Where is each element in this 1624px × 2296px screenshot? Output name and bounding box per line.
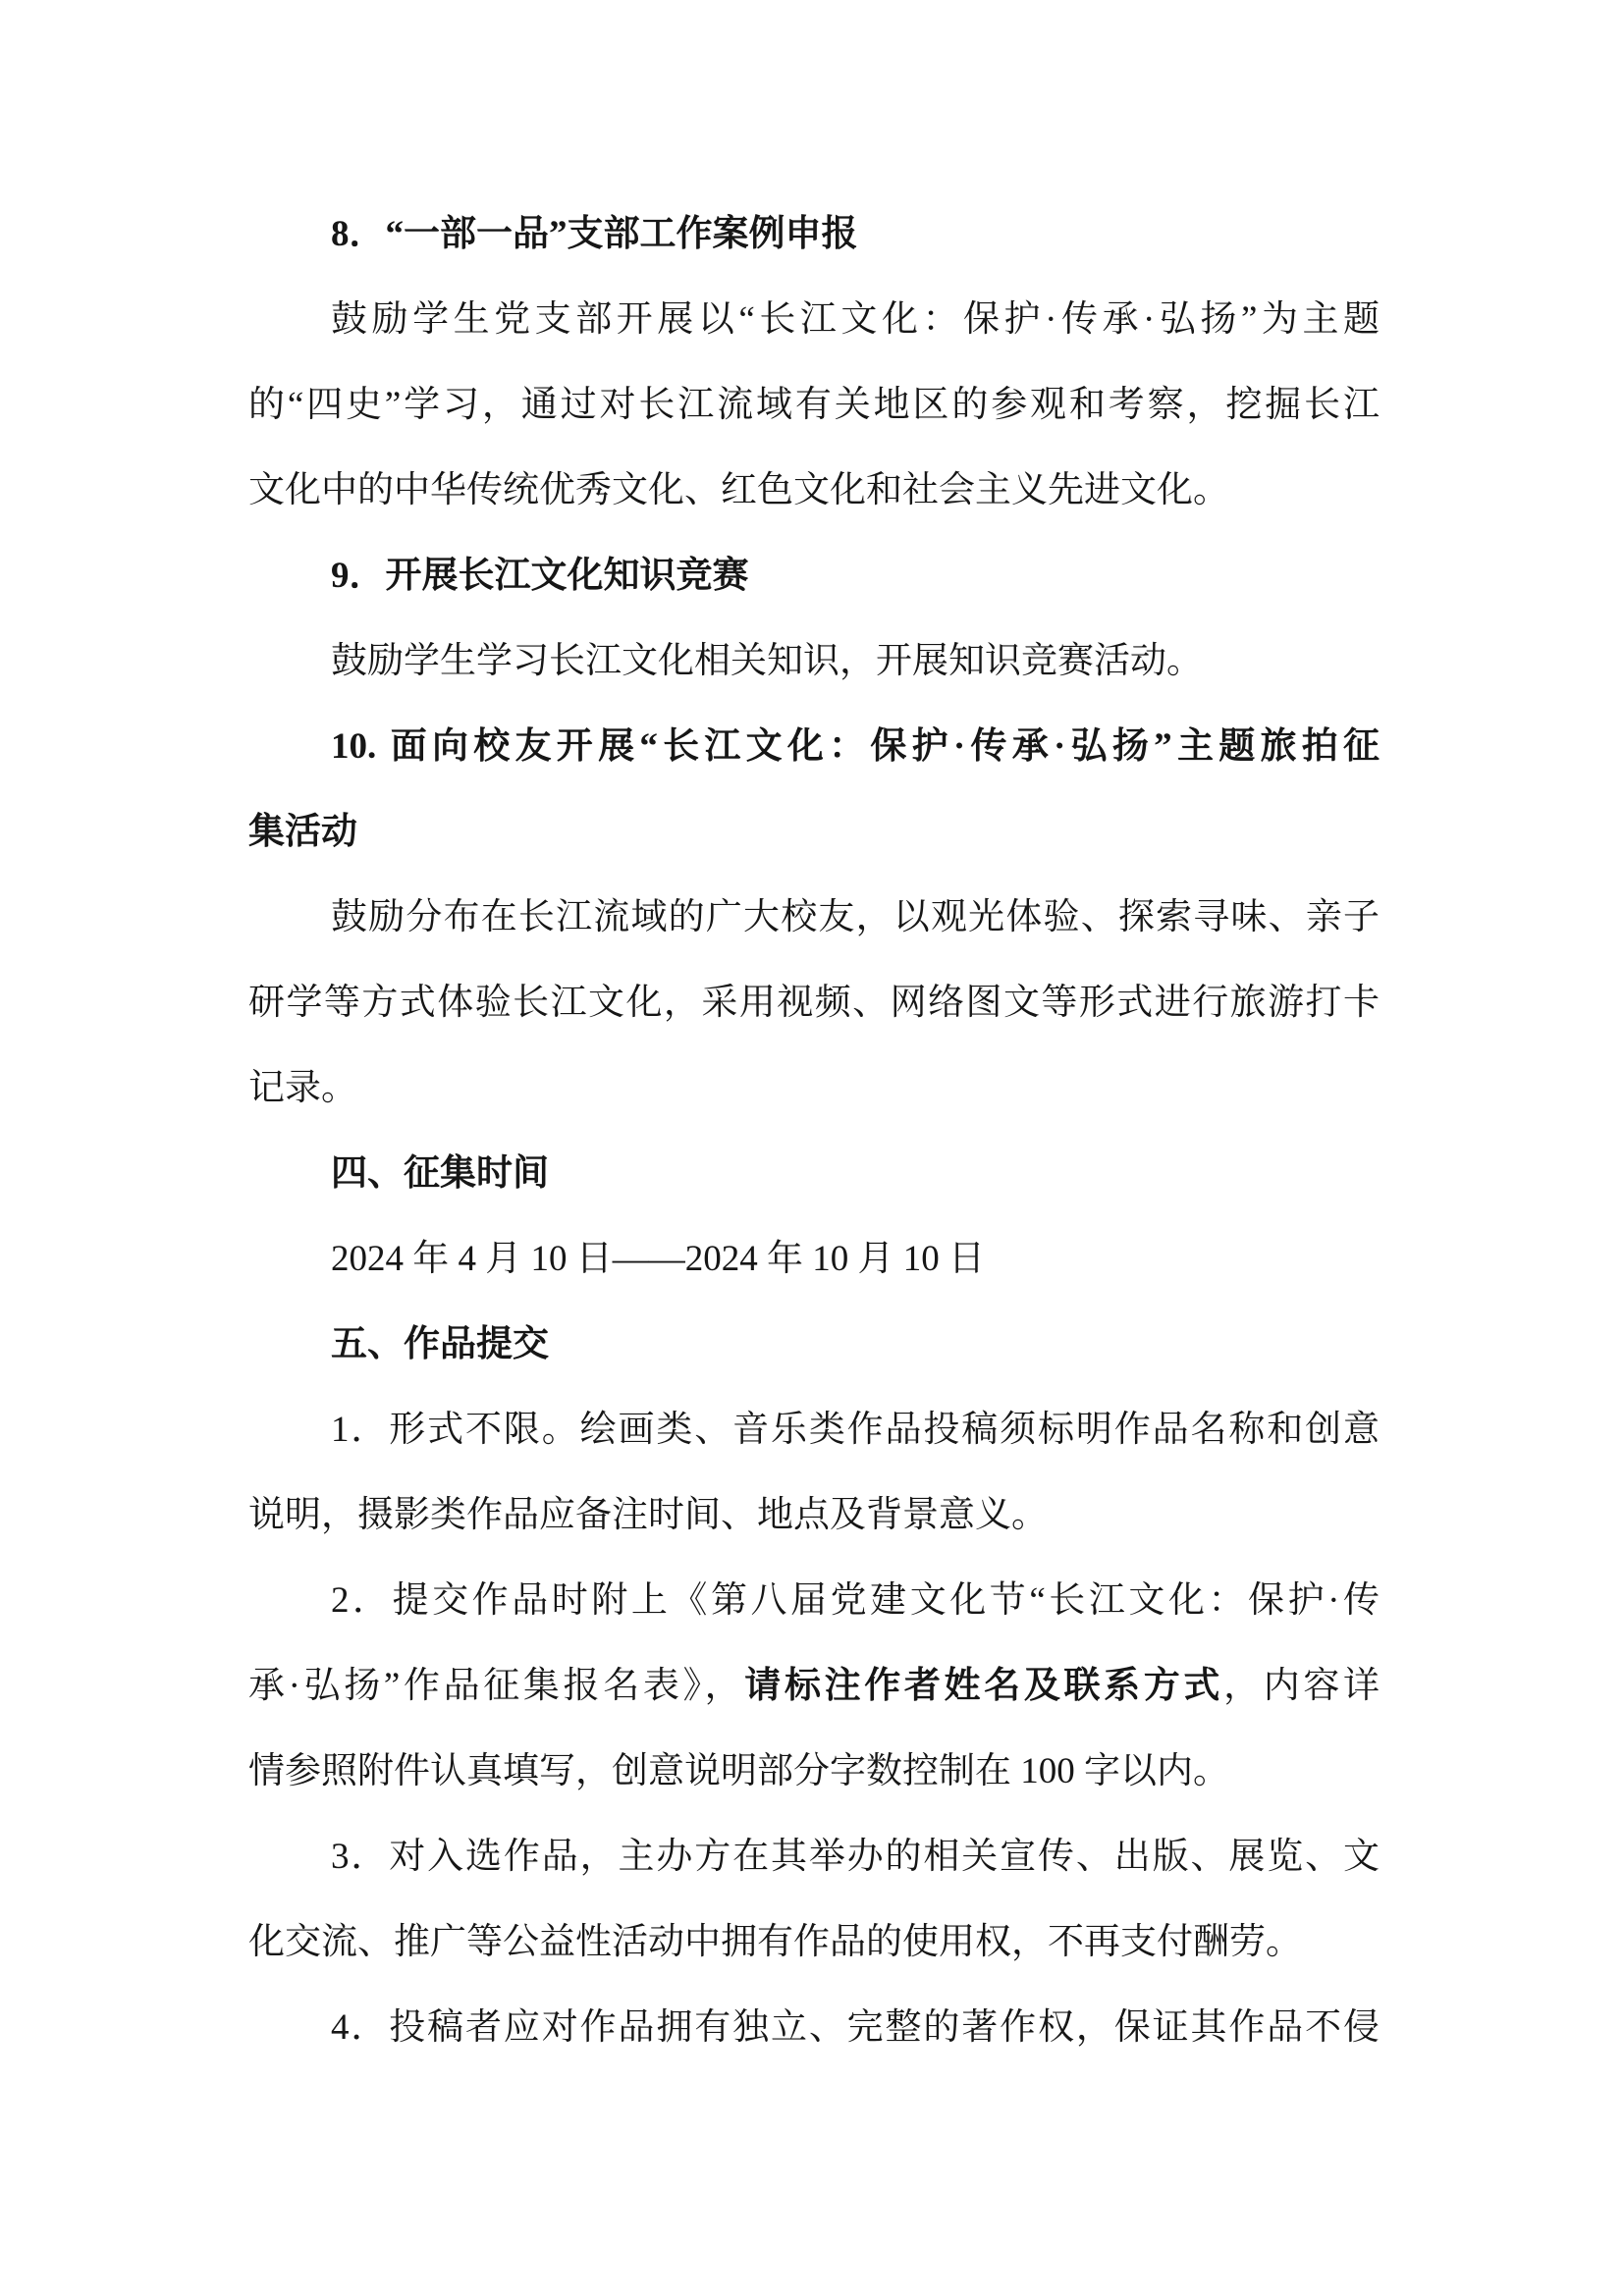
body-text-line: 的“四史”学习，通过对长江流域有关地区的参观和考察，挖掘长江 bbox=[248, 362, 1380, 448]
body-text: 承·弘扬”作品征集报名表》， bbox=[248, 1666, 744, 1706]
body-text-line: 1．形式不限。绘画类、音乐类作品投稿须标明作品名称和创意 bbox=[248, 1387, 1380, 1472]
body-text-line: 4．投稿者应对作品拥有独立、完整的著作权，保证其作品不侵 bbox=[248, 1985, 1380, 2070]
body-text-line: 研学等方式体验长江文化，采用视频、网络图文等形式进行旅游打卡 bbox=[248, 960, 1380, 1045]
body-text-line: 情参照附件认真填写，创意说明部分字数控制在 100 字以内。 bbox=[248, 1729, 1380, 1814]
body-text-line: 鼓励分布在长江流域的广大校友，以观光体验、探索寻味、亲子 bbox=[248, 875, 1380, 960]
document-page: 8．“一部一品”支部工作案例申报鼓励学生党支部开展以“长江文化：保护·传承·弘扬… bbox=[0, 0, 1624, 2296]
body-text-line: 鼓励学生党支部开展以“长江文化：保护·传承·弘扬”为主题 bbox=[248, 277, 1380, 362]
heading-line: 8．“一部一品”支部工作案例申报 bbox=[248, 191, 1380, 277]
heading-line: 10. 面向校友开展“长江文化：保护·传承·弘扬”主题旅拍征 bbox=[248, 704, 1380, 789]
body-text-line: 3．对入选作品，主办方在其举办的相关宣传、出版、展览、文 bbox=[248, 1814, 1380, 1899]
body-text: ，内容详 bbox=[1223, 1666, 1380, 1706]
heading-line: 9．开展长江文化知识竞赛 bbox=[248, 533, 1380, 618]
heading-line: 四、征集时间 bbox=[248, 1131, 1380, 1216]
body-text-line: 记录。 bbox=[248, 1045, 1380, 1131]
body-text-line: 说明，摄影类作品应备注时间、地点及背景意义。 bbox=[248, 1472, 1380, 1558]
body-text-line: 2．提交作品时附上《第八届党建文化节“长江文化：保护·传 bbox=[248, 1558, 1380, 1643]
body-text-line: 文化中的中华传统优秀文化、红色文化和社会主义先进文化。 bbox=[248, 448, 1380, 533]
body-text-line: 2024 年 4 月 10 日——2024 年 10 月 10 日 bbox=[248, 1216, 1380, 1302]
document-body: 8．“一部一品”支部工作案例申报鼓励学生党支部开展以“长江文化：保护·传承·弘扬… bbox=[248, 191, 1380, 2070]
body-text-line: 鼓励学生学习长江文化相关知识，开展知识竞赛活动。 bbox=[248, 618, 1380, 704]
emphasized-text: 请标注作者姓名及联系方式 bbox=[744, 1666, 1223, 1706]
body-text-line: 化交流、推广等公益性活动中拥有作品的使用权，不再支付酬劳。 bbox=[248, 1899, 1380, 1985]
heading-line: 集活动 bbox=[248, 789, 1380, 875]
body-text-line: 承·弘扬”作品征集报名表》，请标注作者姓名及联系方式，内容详 bbox=[248, 1643, 1380, 1729]
heading-line: 五、作品提交 bbox=[248, 1302, 1380, 1387]
